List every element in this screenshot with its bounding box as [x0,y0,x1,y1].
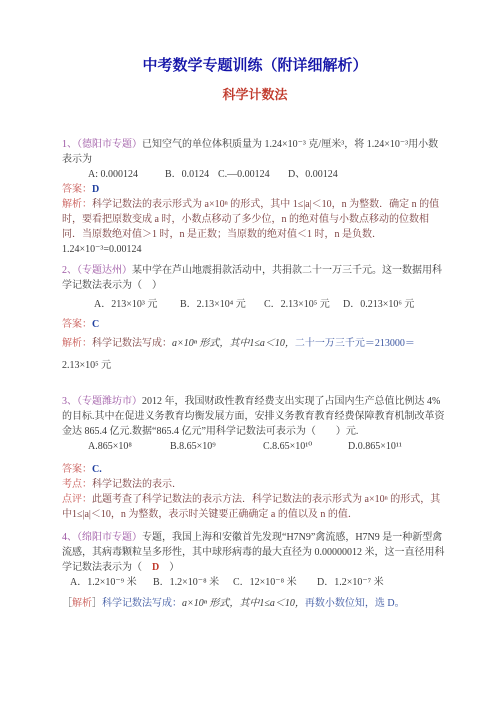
option-b: B．2.13×10⁴ 元 [180,297,264,312]
analysis-bracket-open: ［ [62,598,72,609]
question-2-answer-line: 答案：C [62,317,448,332]
option-c: C．2.13×10⁵ 元 [264,297,343,312]
answer-value: C [92,319,99,330]
question-3-dianping: 点评：此题考查了科学记数法的表示方法．科学记数法的表示形式为 a×10ⁿ 的形式… [62,492,448,522]
question-1-analysis: 解析：科学记数法的表示形式为 a×10ⁿ 的形式，其中 1≤|a|＜10，n 为… [62,197,448,242]
question-1-number: 1、（德阳市专题） [62,139,142,150]
question-4-analysis: ［解析］科学记数法写成：a×10ⁿ 形式，其中1≤a＜10，再数小数位知，选 D… [62,596,448,611]
answer-value: D [92,184,99,195]
page-title: 中考数学专题训练（附详细解析） [62,57,448,76]
analysis-label: 解析 [72,598,92,609]
answer-label: 答案： [62,319,92,330]
option-a: A.865×10⁸ [88,439,170,454]
question-2-analysis: 解析：科学记数法写成：a×10ⁿ 形式，其中1≤a＜10，二十一万三千元＝213… [62,336,448,351]
analysis-intro: 科学记数法写成： [102,598,182,609]
dianping-text: 此题考查了科学记数法的表示方法．科学记数法的表示形式为 a×10ⁿ 的形式，其中… [62,494,440,520]
page-subtitle: 科学计数法 [62,86,448,103]
analysis-math: a×10ⁿ 形式，其中1≤a＜10， [172,338,295,349]
question-3-number: 3、（专题潍坊市） [62,396,142,407]
question-2-options: A．213×10³ 元 B．2.13×10⁴ 元 C．2.13×10⁵ 元 D．… [62,297,448,312]
question-1-formula: 1.24×10⁻³=0.00124 [62,242,448,257]
question-2-number: 2、（专题达州） [62,265,132,276]
analysis-text: 科学记数法的表示形式为 a×10ⁿ 的形式，其中 1≤|a|＜10，n 为整数．… [62,199,439,240]
question-2: 2、（专题达州）某中学在芦山地震捐款活动中，共捐款二十一万三千元。这一数据用科学… [62,263,448,373]
question-1: 1、（德阳市专题）已知空气的单位体积质量为 1.24×10⁻³ 克/厘米³，将 … [62,137,448,257]
analysis-tail: 二十一万三千元＝213000＝ [295,338,415,349]
question-4-body-close: ） [159,562,179,573]
option-d: D.0.865×10¹¹ [348,439,402,454]
analysis-intro: 科学记数法写成： [92,338,172,349]
option-a: A: 0.000124 [88,167,165,182]
option-c: C．12×10⁻⁸ 米 [233,575,317,590]
option-d: D、0.00124 [288,167,338,182]
question-2-text: 2、（专题达州）某中学在芦山地震捐款活动中，共捐款二十一万三千元。这一数据用科学… [62,263,448,293]
question-3: 3、（专题潍坊市）2012 年，我国财政性教育经费支出实现了占国内生产总值比例达… [62,394,448,522]
question-1-options: A: 0.000124 B．0.0124 C.—0.00124 D、0.0012… [62,167,448,182]
option-a: A．213×10³ 元 [94,297,180,312]
question-3-answer-line: 答案：C. [62,462,448,477]
analysis-tail: 再数小数位知，选 D。 [305,598,405,609]
dianping-label: 点评： [62,494,92,505]
analysis-math: a×10ⁿ 形式，其中1≤a＜10， [182,598,305,609]
answer-label: 答案： [62,184,92,195]
option-b: B．1.2×10⁻⁸ 米 [153,575,233,590]
question-1-text: 1、（德阳市专题）已知空气的单位体积质量为 1.24×10⁻³ 克/厘米³，将 … [62,137,448,167]
option-b: B.8.65×10⁹ [170,439,263,454]
answer-label: 答案： [62,464,92,475]
question-3-kaodian: 考点：科学记数法的表示． [62,477,448,492]
option-b: B．0.0124 [165,167,218,182]
document-page: 中考数学专题训练（附详细解析） 科学计数法 1、（德阳市专题）已知空气的单位体积… [0,0,500,707]
analysis-bracket-close: ］ [92,598,102,609]
option-a: A．1.2×10⁻⁹ 米 [70,575,153,590]
analysis-label: 解析： [62,338,92,349]
answer-value: C. [92,464,102,475]
analysis-label: 解析： [62,199,92,210]
option-c: C.8.65×10¹⁰ [263,439,348,454]
option-c: C.—0.00124 [218,167,288,182]
question-1-answer-line: 答案：D [62,182,448,197]
question-4-number: 4、（绵阳市专题） [62,532,142,543]
question-3-text: 3、（专题潍坊市）2012 年，我国财政性教育经费支出实现了占国内生产总值比例达… [62,394,448,439]
question-4-text: 4、（绵阳市专题）专题，我国上海和安徽首先发现“H7N9”禽流感，H7N9 是一… [62,530,448,575]
option-d: D．1.2×10⁻⁷ 米 [317,575,384,590]
question-4: 4、（绵阳市专题）专题，我国上海和安徽首先发现“H7N9”禽流感，H7N9 是一… [62,530,448,611]
document-content: 中考数学专题训练（附详细解析） 科学计数法 1、（德阳市专题）已知空气的单位体积… [0,0,500,611]
kaodian-label: 考点： [62,479,92,490]
question-3-options: A.865×10⁸ B.8.65×10⁹ C.8.65×10¹⁰ D.0.865… [62,439,448,454]
question-2-formula: 2.13×10⁵ 元 [62,358,448,373]
kaodian-text: 科学记数法的表示． [92,479,182,490]
option-d: D．0.213×10⁶ 元 [343,297,414,312]
question-4-options: A．1.2×10⁻⁹ 米 B．1.2×10⁻⁸ 米 C．12×10⁻⁸ 米 D．… [62,575,448,590]
